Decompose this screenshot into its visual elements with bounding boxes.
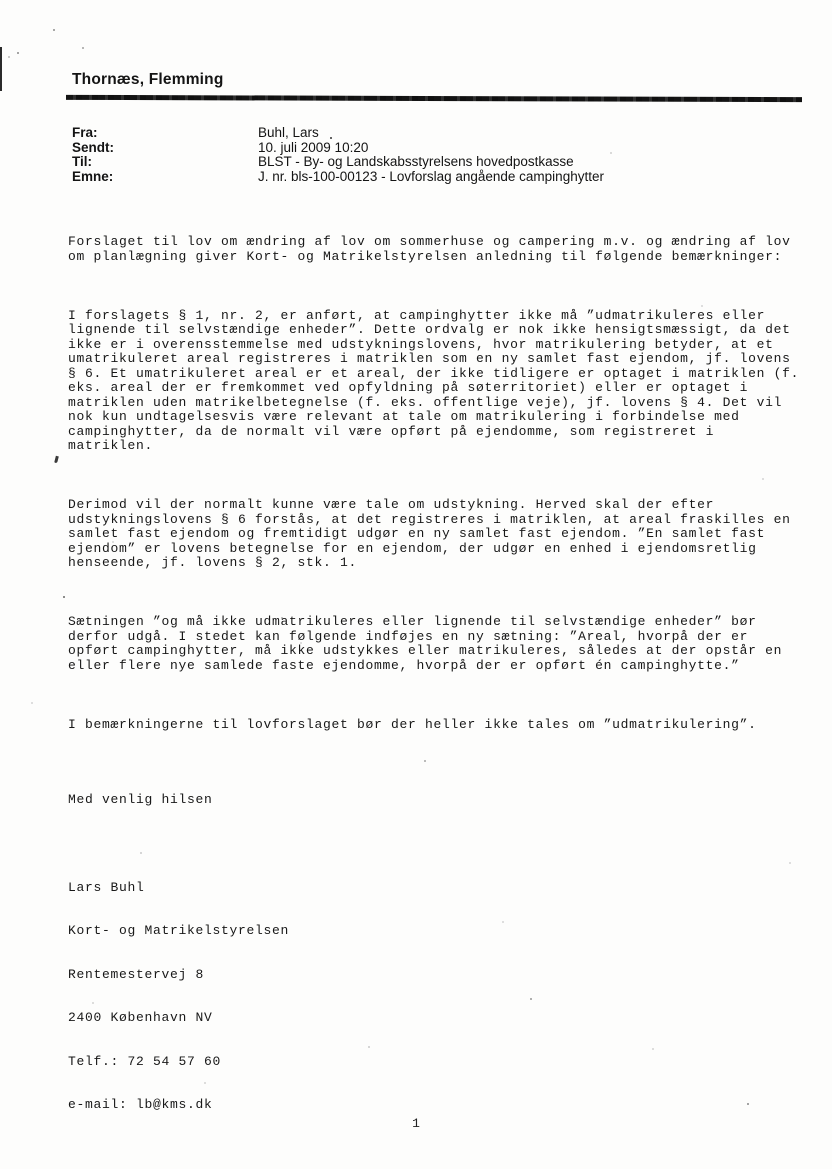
- closing-salutation: Med venlig hilsen: [68, 793, 828, 808]
- signature-city: 2400 København NV: [68, 1011, 828, 1026]
- meta-row-to: Til: BLST - By- og Landskabsstyrelsens h…: [72, 155, 604, 170]
- signature-street: Rentemestervej 8: [68, 968, 828, 983]
- scanned-email-page: { "header": { "title": "Thornæs, Flemmin…: [0, 0, 832, 1169]
- meta-row-subject: Emne: J. nr. bls-100-00123 - Lovforslag …: [72, 170, 604, 185]
- meta-value-sent: 10. juli 2009 10:20: [258, 141, 368, 156]
- scan-edge-artifact: [0, 47, 2, 91]
- page-number: 1: [0, 1116, 832, 1131]
- body-paragraph: I bemærkningerne til lovforslaget bør de…: [68, 718, 828, 733]
- meta-value-subject: J. nr. bls-100-00123 - Lovforslag angåen…: [258, 170, 604, 185]
- meta-label-to: Til:: [72, 155, 258, 170]
- email-body: Forslaget til lov om ændring af lov om s…: [68, 206, 828, 1156]
- body-paragraph: I forslagets § 1, nr. 2, er anført, at c…: [68, 309, 828, 454]
- page-title: Thornæs, Flemming: [72, 71, 224, 89]
- meta-value-from: Buhl, Lars: [258, 126, 319, 141]
- scan-speckle-noise: [0, 0, 2, 2]
- signature-organization: Kort- og Matrikelstyrelsen: [68, 924, 828, 939]
- scan-artifact: [330, 137, 332, 139]
- header-divider-rule: [66, 95, 802, 102]
- signature-email: e-mail: lb@kms.dk: [68, 1098, 828, 1113]
- meta-label-from: Fra:: [72, 126, 258, 141]
- meta-value-to: BLST - By- og Landskabsstyrelsens hovedp…: [258, 155, 574, 170]
- email-meta-block: Fra: Buhl, Lars Sendt: 10. juli 2009 10:…: [72, 126, 604, 184]
- meta-label-sent: Sendt:: [72, 141, 258, 156]
- body-paragraph: Forslaget til lov om ændring af lov om s…: [68, 235, 828, 264]
- meta-label-subject: Emne:: [72, 170, 258, 185]
- signature-name: Lars Buhl: [68, 881, 828, 896]
- meta-row-from: Fra: Buhl, Lars: [72, 126, 604, 141]
- signature-phone: Telf.: 72 54 57 60: [68, 1055, 828, 1070]
- meta-row-sent: Sendt: 10. juli 2009 10:20: [72, 141, 604, 156]
- body-paragraph: Derimod vil der normalt kunne være tale …: [68, 498, 828, 571]
- scan-artifact: [54, 456, 59, 464]
- body-paragraph: Sætningen ”og må ikke udmatrikuleres ell…: [68, 615, 828, 673]
- signature-block: Lars Buhl Kort- og Matrikelstyrelsen Ren…: [68, 852, 828, 1142]
